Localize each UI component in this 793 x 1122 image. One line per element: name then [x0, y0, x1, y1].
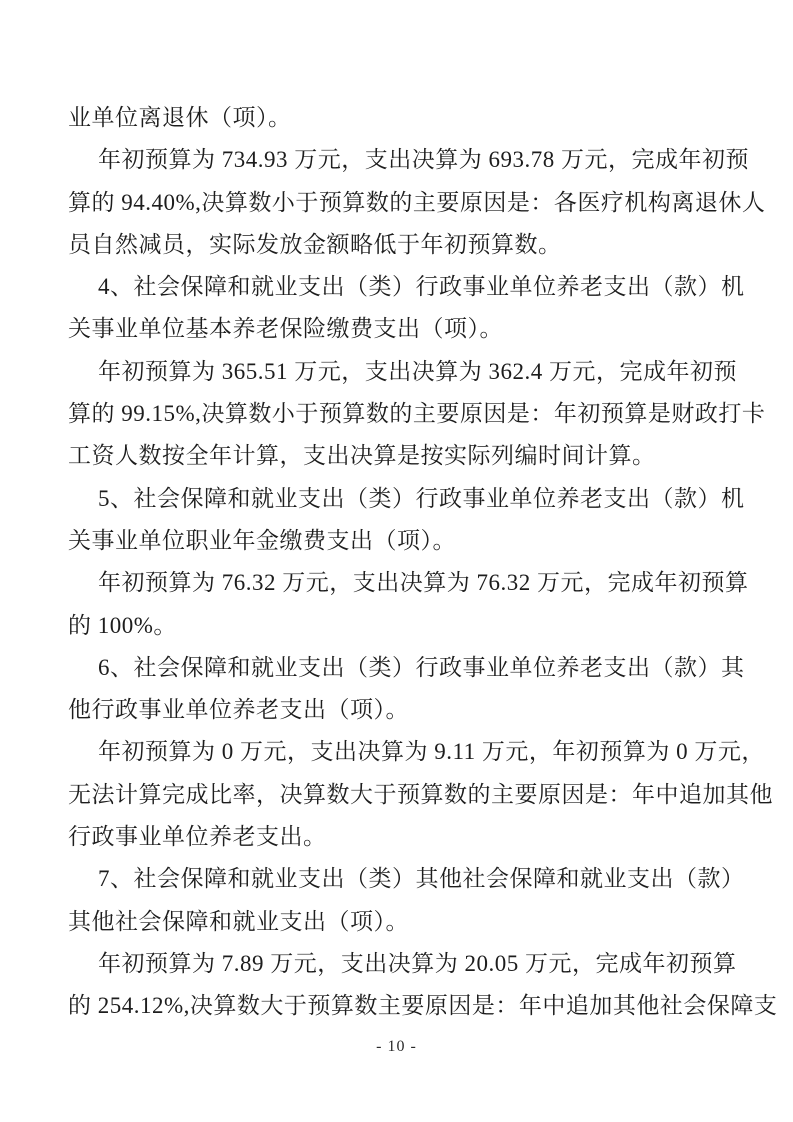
- text-line: 员自然减员，实际发放金额略低于年初预算数。: [68, 224, 780, 266]
- text-line: 无法计算完成比率，决算数大于预算数的主要原因是：年中追加其他: [68, 774, 780, 816]
- text-line: 年初预算为 7.89 万元，支出决算为 20.05 万元，完成年初预算: [68, 943, 780, 985]
- text-line: 7、社会保障和就业支出（类）其他社会保障和就业支出（款）: [68, 858, 780, 900]
- text-line: 4、社会保障和就业支出（类）行政事业单位养老支出（款）机: [68, 266, 780, 308]
- text-line: 的 254.12%,决算数大于预算数主要原因是：年中追加其他社会保障支: [68, 985, 780, 1027]
- page-number: - 10 -: [0, 1038, 793, 1056]
- text-line: 的 100%。: [68, 605, 780, 647]
- text-line: 算的 99.15%,决算数小于预算数的主要原因是：年初预算是财政打卡: [68, 393, 780, 435]
- document-page: 业单位离退休（项）。 年初预算为 734.93 万元，支出决算为 693.78 …: [0, 0, 793, 1122]
- text-line: 工资人数按全年计算，支出决算是按实际列编时间计算。: [68, 435, 780, 477]
- text-line: 年初预算为 76.32 万元，支出决算为 76.32 万元，完成年初预算: [68, 562, 780, 604]
- text-line: 年初预算为 734.93 万元，支出决算为 693.78 万元，完成年初预: [68, 139, 780, 181]
- text-line: 他行政事业单位养老支出（项）。: [68, 689, 780, 731]
- text-line: 行政事业单位养老支出。: [68, 816, 780, 858]
- text-line: 年初预算为 365.51 万元，支出决算为 362.4 万元，完成年初预: [68, 351, 780, 393]
- text-line: 年初预算为 0 万元，支出决算为 9.11 万元，年初预算为 0 万元，: [68, 731, 780, 773]
- text-line: 业单位离退休（项）。: [68, 97, 780, 139]
- text-line: 其他社会保障和就业支出（项）。: [68, 901, 780, 943]
- text-line: 关事业单位基本养老保险缴费支出（项）。: [68, 308, 780, 350]
- text-line: 5、社会保障和就业支出（类）行政事业单位养老支出（款）机: [68, 478, 780, 520]
- text-line: 算的 94.40%,决算数小于预算数的主要原因是：各医疗机构离退休人: [68, 182, 780, 224]
- document-body: 业单位离退休（项）。 年初预算为 734.93 万元，支出决算为 693.78 …: [68, 97, 780, 1028]
- text-line: 关事业单位职业年金缴费支出（项）。: [68, 520, 780, 562]
- text-line: 6、社会保障和就业支出（类）行政事业单位养老支出（款）其: [68, 647, 780, 689]
